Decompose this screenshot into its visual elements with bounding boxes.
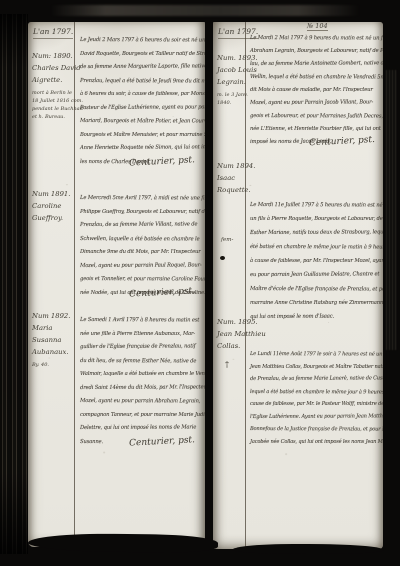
text-line: Dimanche 9me du dit Mois, par Mr. l'Insp… [80, 246, 194, 260]
margin-num: Num. 1893.Jacob LouisLegrain. [217, 52, 243, 88]
margin-rule [245, 22, 246, 549]
text-line: By. 40. [32, 361, 72, 369]
text-line: Le Mardi 11e Juillet 1797 à 5 heures du … [250, 198, 374, 212]
text-line: Collas. [217, 340, 243, 352]
birth-record-1890: Le Jeudi 2 Mars 1797 à 6 heures du soir … [80, 34, 203, 169]
record-text: Le Samedi 1 Avril 1797 à 8 heures du mat… [80, 314, 203, 449]
text-line: Prenzlau, de sa femme Marie Villant, nat… [80, 218, 194, 232]
text-line: Susanna [32, 334, 72, 346]
text-line: David Roquette, Bourgeois et Tailleur na… [80, 48, 194, 62]
text-line: Le Mardi 2 Mai 1797 à 9 heures du matin … [250, 32, 374, 45]
book-edge-right [386, 70, 397, 350]
record-text: Le Lundi 11ème Août 1797 le soir à 7 heu… [250, 348, 383, 448]
text-line: Num: 1890. [32, 50, 72, 62]
margin-num: Num: 1890.Charles DavidAigrette. [32, 50, 72, 86]
text-line: Num 1891. [32, 188, 72, 200]
text-line: Jean Matthieu Collas, Bourgeois et Maîtr… [250, 361, 374, 374]
scan-top-streak [50, 5, 360, 16]
text-line: guillier de l'Eglise française de Prenzl… [80, 340, 194, 354]
margin-note-1895: Num. 1895.Jean MatthieuCollas. [217, 316, 243, 352]
text-line: compagnon Tanneur, et pour marraine Mari… [80, 409, 194, 423]
margin-note-1892: Num 1892.MariaSusannaAubanaux. By. 40. [32, 310, 72, 369]
margin-num: Num 1894.IsaacRoquette. [217, 160, 243, 196]
book-edge-left [0, 14, 28, 554]
text-line: Philippe Gueffroy, Bourgeois et Laboureu… [80, 206, 194, 220]
margin-note-1890: Num: 1890.Charles DavidAigrette. mort à … [32, 50, 72, 121]
right-margin-column: L'an 1797. Num. 1893.Jacob LouisLegrain.… [213, 22, 244, 549]
birth-record-1892: Le Samedi 1 Avril 1797 à 8 heures du mat… [80, 314, 203, 449]
text-line: Abraham Legrain, Bourgeois et Laboureur,… [250, 45, 374, 58]
text-line: Schwellen, laquelle a été batisée en cha… [80, 233, 194, 247]
text-line: Jacob Louis [217, 64, 243, 76]
text-line: un fils à Pierre Roquette, Bourgeois et … [250, 212, 374, 226]
text-line: Esther Mariane, natifs tous deux de Stra… [250, 225, 374, 240]
margin-note-1891: Num 1891.CarolineGueffroy. [32, 188, 72, 224]
scan-shadow [232, 544, 384, 554]
text-line: Jacobée née Collas, qui lui ont imposé l… [250, 436, 374, 449]
text-line: Prenzlau, lequel a été batisé le Jeudi 9… [80, 75, 194, 89]
text-line: 1840. [217, 99, 243, 107]
margin-num: Num. 1895.Jean MatthieuCollas. [217, 316, 243, 352]
margin-num: Num 1891.CarolineGueffroy. [32, 188, 72, 224]
text-line: lau, de sa femme Marie Antoinette Gomber… [250, 57, 374, 71]
margin-note-1894: Num 1894.IsaacRoquette. [217, 160, 243, 196]
right-page: № 104 L'an 1797. Num. 1893.Jacob LouisLe… [213, 22, 383, 549]
margin-num: Num 1892.MariaSusannaAubanaux. [32, 310, 72, 358]
text-line: qui lui ont imposé le nom d'Isaac. [250, 309, 374, 324]
text-line: 18 Juillet 1816 com. [32, 97, 72, 105]
text-line: dit Mois à cause de maladie, par Mr. l'I… [250, 84, 374, 97]
text-line: marraine Anne Christine Ratsburg née Zim… [250, 296, 374, 310]
text-line: Num 1892. [32, 310, 72, 322]
birth-record-1893: Le Mardi 2 Mai 1797 à 9 heures du matin … [250, 32, 383, 149]
left-page: L'an 1797. Num: 1890.Charles DavidAigret… [28, 22, 205, 547]
record-text: Le Mardi 2 Mai 1797 à 9 heures du matin … [250, 32, 383, 149]
right-body-column: Le Mardi 2 Mai 1797 à 9 heures du matin … [250, 22, 383, 549]
text-line: Bourgeois et Maître Menuisier, et pour m… [80, 129, 194, 143]
text-line: Delettre, qui lui ont imposé les noms de… [80, 421, 194, 435]
text-line: dredi Saint 14ème du dit Mois, par Mr. l… [80, 381, 194, 395]
text-line: pendant le Buchhalt [32, 105, 72, 113]
text-line: Mozel, ayant eu pour Parrain Jacob Villa… [250, 96, 374, 110]
text-line: Le Lundi 11ème Août 1797 le soir à 7 heu… [250, 348, 374, 361]
text-line: m. le 3 Janv. [217, 91, 243, 99]
text-line: Maria [32, 322, 72, 334]
scan-shadow [28, 533, 218, 553]
text-line: de sa femme Anne Marguerite Laporte, fil… [80, 60, 194, 74]
left-body-column: Le Jeudi 2 Mars 1797 à 6 heures du soir … [80, 22, 203, 547]
birth-record-1891: Le Mercredi 5me Avril 1797, à midi est n… [80, 192, 203, 300]
text-line: Walmoir, laquelle a été batisée en chamb… [80, 368, 194, 382]
margin-catchword: fem- [221, 236, 233, 244]
text-line: Aigrette. [32, 74, 72, 86]
text-line: et h. Bureau. [32, 113, 72, 121]
text-line: mort à Berlin le [32, 89, 72, 97]
record-text: Le Jeudi 2 Mars 1797 à 6 heures du soir … [80, 34, 203, 169]
text-line: Pasteur de l'Eglise Luthérienne, ayant e… [80, 101, 194, 115]
text-line: née une fille à Pierre Etienne Aubanaux,… [80, 328, 194, 342]
text-line: à cause de faiblesse, par Mr. l'Inspecte… [250, 254, 374, 268]
year-label: L'an 1797. [33, 27, 73, 39]
margin-note-1893: Num. 1893.Jacob LouisLegrain. m. le 3 Ja… [217, 52, 243, 107]
text-line: Jean Matthieu [217, 328, 243, 340]
text-line: Bonnefous de la Justice française de Pre… [250, 423, 374, 436]
text-line: Aubanaux. [32, 346, 72, 358]
text-line: Le Samedi 1 Avril 1797 à 8 heures du mat… [80, 314, 194, 328]
text-line: été batisé en chambre le même jour le ma… [250, 240, 374, 254]
text-line: Le Jeudi 2 Mars 1797 à 6 heures du soir … [80, 34, 194, 48]
left-margin-column: L'an 1797. Num: 1890.Charles DavidAigret… [28, 22, 73, 547]
text-line: geois et Tonnelier, et pour marraine Car… [80, 273, 194, 287]
text-line: Num 1894. [217, 160, 243, 172]
text-line: Roquette. [217, 184, 243, 196]
text-line: de Prenzlau, de sa femme Marie Lanerè, n… [250, 372, 374, 385]
margin-death-note: m. le 3 Janv.1840. [217, 91, 243, 107]
text-line: Gueffroy. [32, 212, 72, 224]
birth-record-1894: Le Mardi 11e Juillet 1797 à 5 heures du … [250, 198, 383, 324]
birth-record-1895: Le Lundi 11ème Août 1797 le soir à 7 heu… [250, 348, 383, 448]
text-line: Le Mercredi 5me Avril 1797, à midi est n… [80, 192, 194, 206]
text-line: à 6 heures du soir, à cause de faiblesse… [80, 88, 194, 102]
text-line: Charles David [32, 62, 72, 74]
text-line: Isaac [217, 172, 243, 184]
cross-mark: † [225, 360, 229, 369]
record-text: Le Mardi 11e Juillet 1797 à 5 heures du … [250, 198, 383, 324]
text-line: Mozel, ayant eu pour parrain Abraham Leg… [80, 395, 194, 409]
text-line: Maître d'école de l'Eglise française de … [250, 282, 374, 296]
margin-death-note: mort à Berlin le18 Juillet 1816 com.pend… [32, 89, 72, 121]
record-text: Le Mercredi 5me Avril 1797, à midi est n… [80, 192, 203, 300]
text-line: Num. 1893. [217, 52, 243, 64]
text-line: lequel a été batisé en chambre le même j… [250, 386, 374, 399]
text-line: Legrain. [217, 76, 243, 88]
text-line: Num. 1895. [217, 316, 243, 328]
text-line: Mariard, Bourgeois et Maître Potier, et … [80, 115, 194, 129]
text-line: du dit lieu, de sa femme Esther Née, nat… [80, 355, 194, 369]
text-line: l'Eglise Luthérienne. Ayant eu pour parr… [250, 410, 374, 423]
text-line: Anne Henriette Roquette née Simon, qui l… [80, 141, 194, 155]
ink-blot [220, 256, 225, 260]
text-line: geois et Laboureur, et pour Marraines Ju… [250, 110, 374, 123]
text-line: Wellin, lequel a été batisé en chambre l… [250, 71, 374, 84]
register-scan: L'an 1797. Num: 1890.Charles DavidAigret… [0, 0, 400, 566]
margin-extra-note: By. 40. [32, 361, 72, 369]
text-line: Mozel, ayant eu pour parrain Paul Roquel… [80, 259, 194, 273]
text-line: eu pour parrain Jean Guillaume Delatre, … [250, 267, 374, 282]
text-line: cause de faiblesse, par Mr. le Pasteur W… [250, 398, 374, 411]
text-line: Caroline [32, 200, 72, 212]
